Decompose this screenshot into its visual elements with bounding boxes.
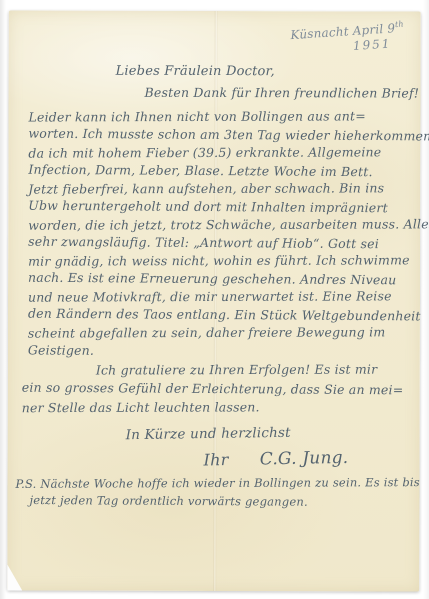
body-line: ner Stelle das Licht leuchten lassen. xyxy=(22,401,260,414)
body-line: worden, die ich jetzt, trotz Schwäche, a… xyxy=(28,218,429,232)
postscript-line: P.S. Nächste Woche hoffe ich wieder in B… xyxy=(15,477,419,490)
body-line: scheint abgefallen zu sein, daher freier… xyxy=(28,326,386,340)
body-line: Geistigen. xyxy=(28,344,94,357)
dateline-ordinal-suffix: th xyxy=(395,20,404,30)
body-line: ein so grosses Gefühl der Erleichterung,… xyxy=(22,382,404,397)
letter-paper: Küsnacht April 9th 1951 Liebes Fräulein … xyxy=(7,10,421,591)
torn-corner xyxy=(7,564,22,590)
signature-name: C.G. Jung. xyxy=(260,448,349,470)
closing-line: In Kürze und herzlichst xyxy=(126,427,291,443)
body-line: da ich mit hohem Fieber (39.5) erkrankte… xyxy=(28,146,381,160)
body-line: Leider kann ich Ihnen nicht von Bollinge… xyxy=(28,110,365,124)
opening-line: Besten Dank für Ihren freundlichen Brief… xyxy=(145,87,420,100)
body-line: Jetzt fieberfrei, kann aufstehen, aber s… xyxy=(28,182,384,196)
body-line: worten. Ich musste schon am 3ten Tag wie… xyxy=(28,128,429,143)
body-line: Infection, Darm, Leber, Blase. Letzte Wo… xyxy=(28,164,372,179)
body-line: Ubw heruntergeholt und dort mit Inhalten… xyxy=(28,200,388,215)
dateline: Küsnacht April 9th 1951 xyxy=(276,20,420,57)
signature: Ihr C.G. Jung. xyxy=(203,450,348,470)
body-line: Ich gratuliere zu Ihren Erfolgen! Es ist… xyxy=(96,364,377,377)
signature-prefix: Ihr xyxy=(203,450,228,469)
body-line: nach. Es ist eine Erneuerung geschehen. … xyxy=(28,272,396,287)
salutation: Liebes Fräulein Doctor, xyxy=(116,65,275,78)
postscript-line: jetzt jeden Tag ordentlich vorwärts gega… xyxy=(29,495,307,508)
body-line: sehr zwangsläufig. Titel: „Antwort auf H… xyxy=(28,236,379,251)
body-line: mir gnädig, ich weiss nicht, wohin es fü… xyxy=(28,254,410,268)
body-line: und neue Motivkraft, die mir unerwartet … xyxy=(28,290,392,304)
body-line: den Rändern des Taos entlang. Ein Stück … xyxy=(28,308,421,323)
scan-background: Küsnacht April 9th 1951 Liebes Fräulein … xyxy=(0,0,429,599)
